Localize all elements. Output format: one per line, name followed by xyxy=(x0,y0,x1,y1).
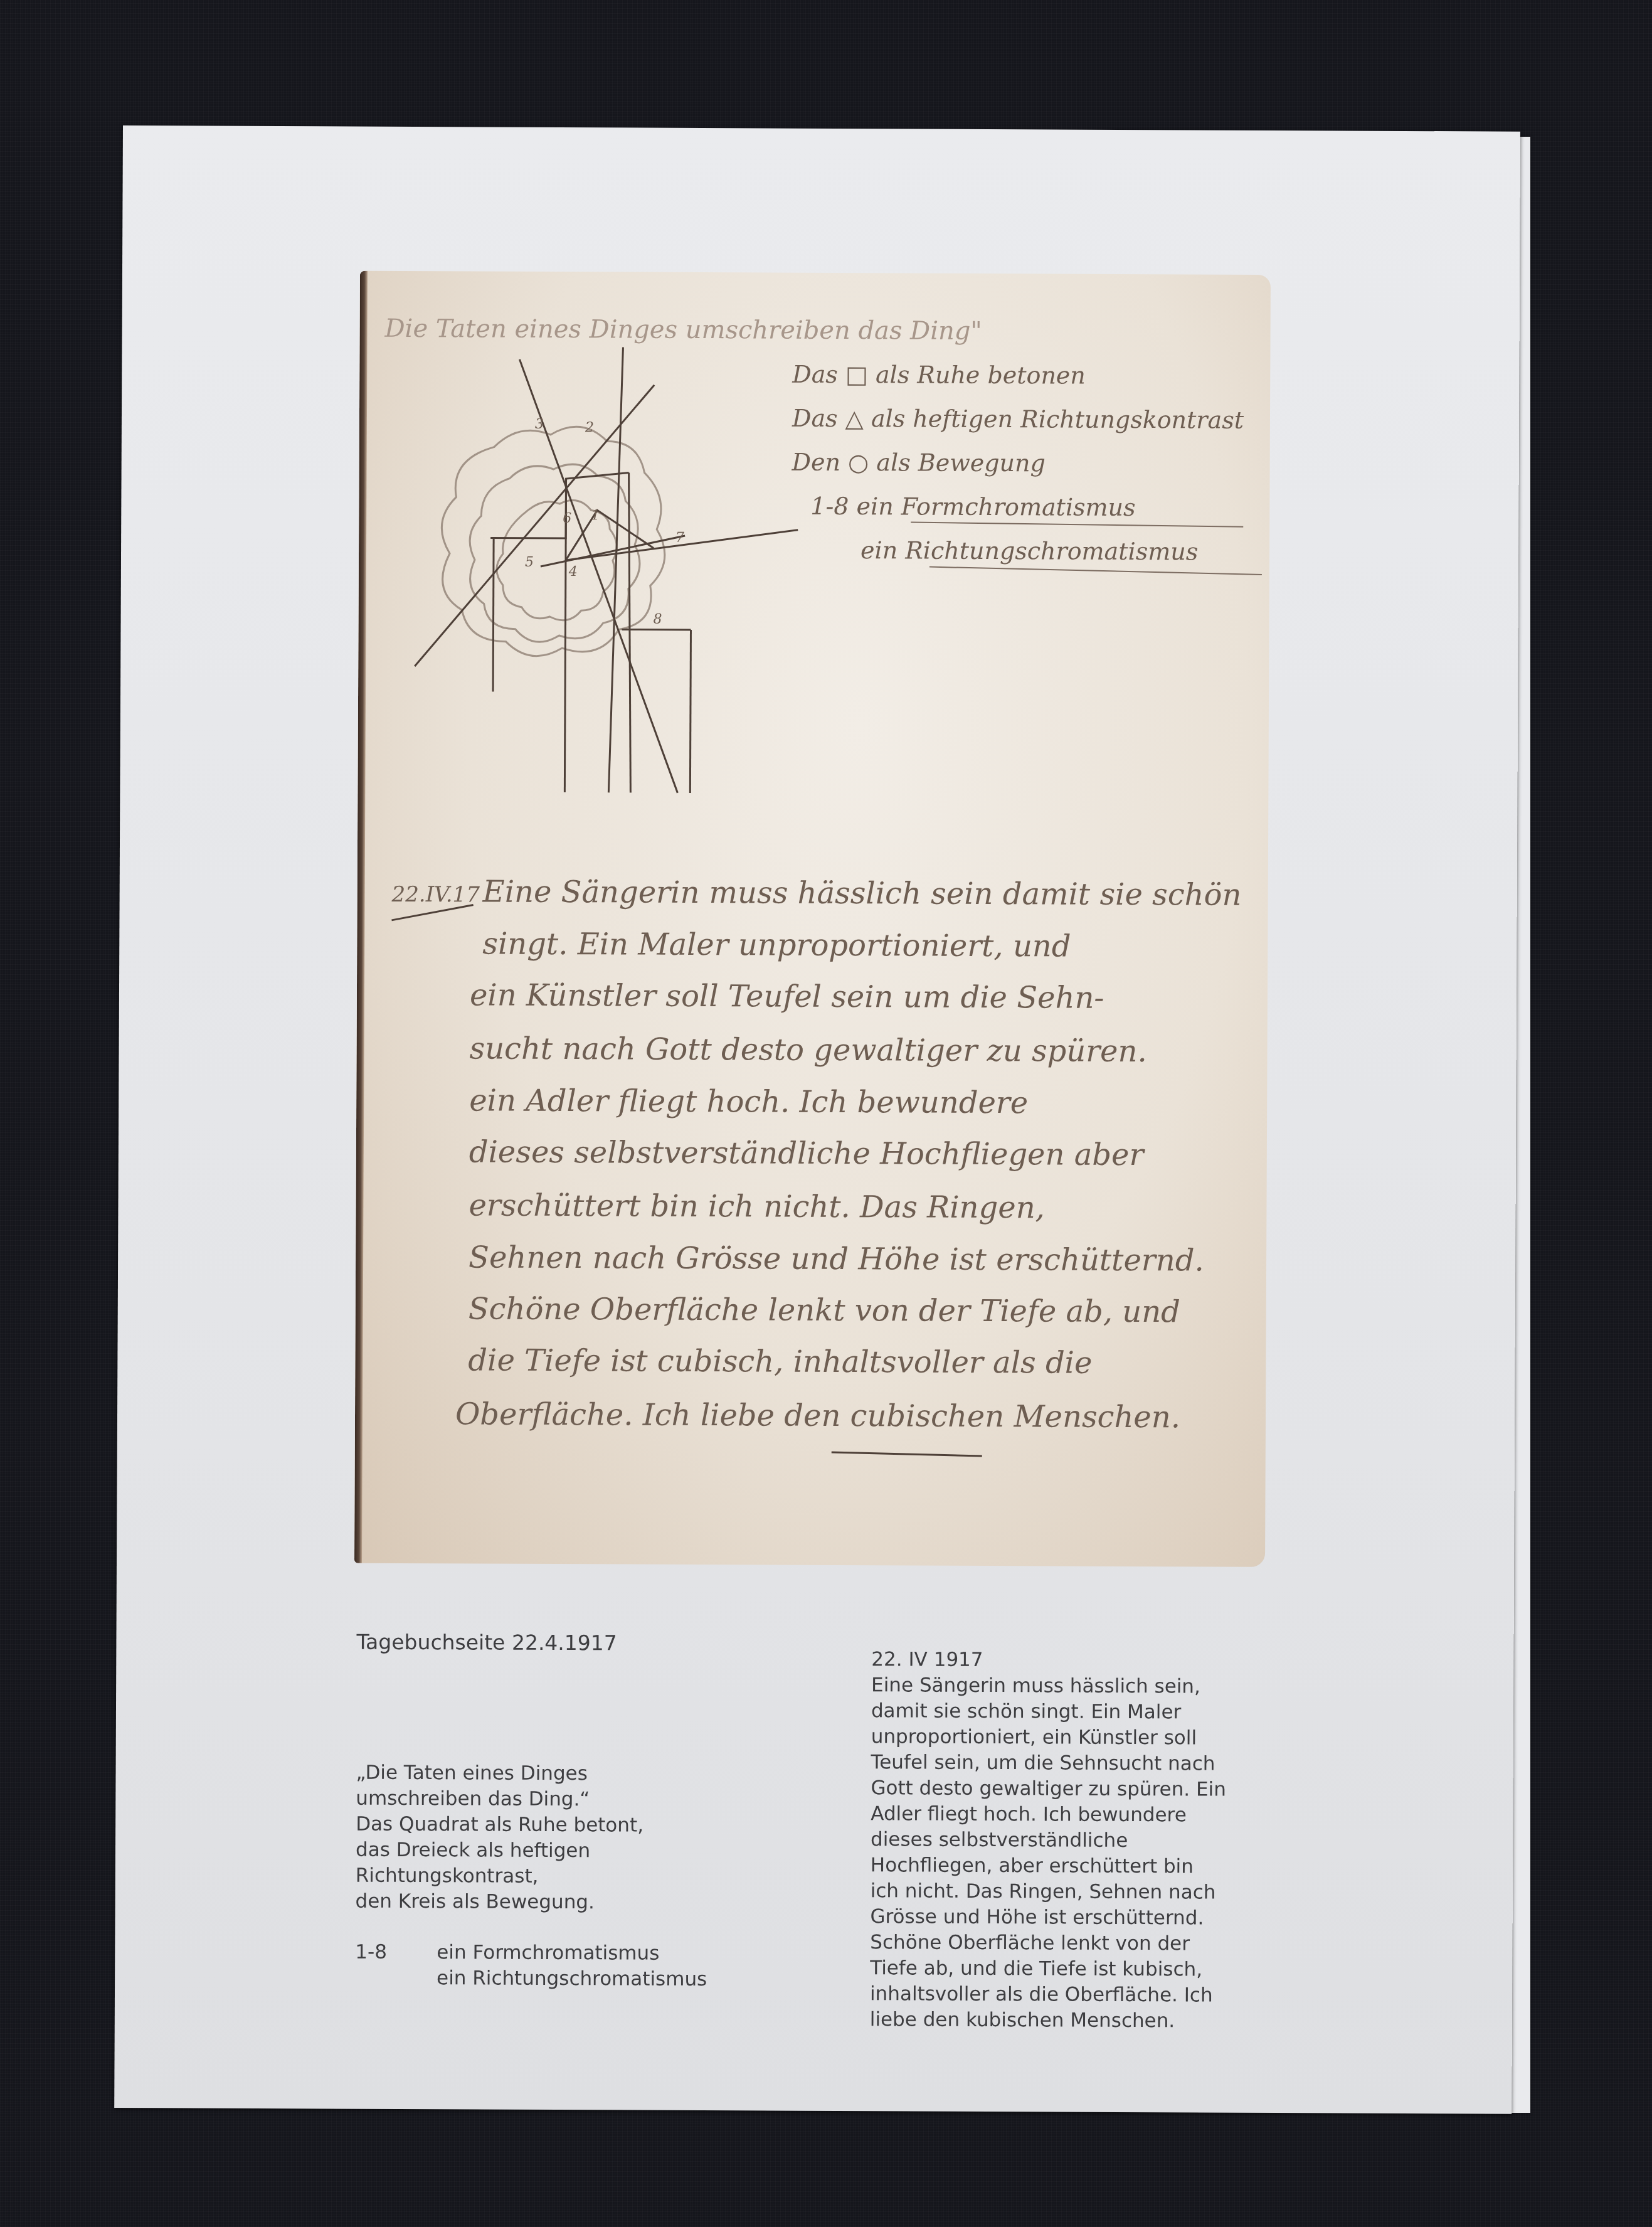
transcription-line: ich nicht. Das Ringen, Sehnen nach xyxy=(871,1878,1297,1906)
transcription-line: inhaltsvoller als die Oberfläche. Ich xyxy=(870,1981,1296,2009)
svg-text:ein Adler fliegt hoch. Ich bew: ein Adler fliegt hoch. Ich bewundere xyxy=(469,1083,1028,1120)
transcription-line: Schöne Oberfläche lenkt von der xyxy=(870,1930,1296,1957)
svg-text:6: 6 xyxy=(563,511,571,526)
svg-text:Die Taten eines Dinges umschre: Die Taten eines Dinges umschreiben das D… xyxy=(384,314,982,346)
transcription-line: dieses selbstverständliche xyxy=(871,1827,1297,1854)
quote-line: Richtungskontrast, xyxy=(356,1863,795,1891)
quote-line: umschreiben das Ding.“ xyxy=(356,1786,795,1814)
svg-text:Sehnen nach Grösse und Höhe is: Sehnen nach Grösse und Höhe ist erschütt… xyxy=(469,1240,1204,1278)
quote-line: „Die Taten eines Dinges xyxy=(356,1760,795,1788)
svg-text:1-8 ein Formchromatismus: 1-8 ein Formchromatismus xyxy=(810,492,1135,521)
svg-text:Das △ als heftigen Richtungsko: Das △ als heftigen Richtungskontrast xyxy=(792,405,1244,434)
sketch-drawing: 32 61 75 48 Die Taten eines Dinges umsch… xyxy=(354,271,1271,1567)
svg-text:8: 8 xyxy=(654,612,662,627)
quote-line: den Kreis als Bewegung. xyxy=(356,1889,795,1916)
svg-text:2: 2 xyxy=(585,420,594,435)
transcription-line: Eine Sängerin muss hässlich sein, xyxy=(871,1672,1298,1700)
transcription-line: Hochfliegen, aber erschüttert bin xyxy=(871,1852,1297,1880)
svg-text:5: 5 xyxy=(525,555,534,570)
svg-text:ein Künstler soll Teufel sein: ein Künstler soll Teufel sein um die Seh… xyxy=(470,977,1104,1015)
svg-text:7: 7 xyxy=(675,530,684,546)
svg-text:1: 1 xyxy=(591,508,600,523)
legend-line: ein Formchromatismus xyxy=(437,1940,707,1967)
transcription-line: Grösse und Höhe ist erschütternd. xyxy=(870,1904,1296,1932)
transcription-date: 22. IV 1917 xyxy=(871,1647,1298,1674)
caption-left: Tagebuchseite 22.4.1917 „Die Taten eines… xyxy=(355,1629,796,1993)
sketch-legend: 1-8 ein Formchromatismus ein Richtungsch… xyxy=(355,1940,794,1993)
svg-text:ein Richtungschromatismus: ein Richtungschromatismus xyxy=(860,536,1198,565)
transcription-line: unproportioniert, ein Künstler soll xyxy=(871,1724,1298,1751)
transcription-line: Gott desto gewaltiger zu spüren. Ein xyxy=(871,1775,1297,1803)
svg-text:Das □ als Ruhe betonen: Das □ als Ruhe betonen xyxy=(792,361,1086,390)
transcription-line: liebe den kubischen Menschen. xyxy=(870,2007,1296,2034)
transcription-line: Tiefe ab, und die Tiefe ist kubisch, xyxy=(870,1955,1296,1983)
svg-text:erschüttert bin ich nicht. Das: erschüttert bin ich nicht. Das Ringen, xyxy=(469,1188,1045,1225)
svg-text:Eine Sängerin muss hässlich se: Eine Sängerin muss hässlich sein damit s… xyxy=(482,874,1242,913)
svg-text:Schöne Oberfläche lenkt von de: Schöne Oberfläche lenkt von der Tiefe ab… xyxy=(469,1291,1180,1329)
svg-text:sucht nach Gott desto gewaltig: sucht nach Gott desto gewaltiger zu spür… xyxy=(469,1031,1146,1069)
transcription-line: Teufel sein, um die Sehnsucht nach xyxy=(871,1750,1298,1777)
transcription-line: damit sie schön singt. Ein Maler xyxy=(871,1698,1298,1726)
caption-title: Tagebuchseite 22.4.1917 xyxy=(356,1629,795,1657)
svg-text:4: 4 xyxy=(568,564,578,580)
quote-line: das Dreieck als heftigen xyxy=(356,1837,795,1865)
caption-right-transcription: 22. IV 1917 Eine Sängerin muss hässlich … xyxy=(870,1647,1298,2034)
quote-line: Das Quadrat als Ruhe betont, xyxy=(356,1812,795,1839)
svg-text:22.IV.17: 22.IV.17 xyxy=(391,882,480,908)
svg-text:3: 3 xyxy=(535,417,544,432)
svg-text:dieses selbstverständliche Hoc: dieses selbstverständliche Hochfliegen a… xyxy=(469,1134,1146,1172)
svg-text:singt. Ein Maler unproportioni: singt. Ein Maler unproportioniert, und xyxy=(482,927,1071,964)
svg-text:die Tiefe ist cubisch, inhalts: die Tiefe ist cubisch, inhaltsvoller als… xyxy=(468,1342,1092,1380)
legend-line: ein Richtungschromatismus xyxy=(437,1965,707,1992)
transcription-line: Adler fliegt hoch. Ich bewundere xyxy=(871,1801,1297,1829)
svg-text:Den ○ als Bewegung: Den ○ als Bewegung xyxy=(792,449,1046,477)
printed-page: 32 61 75 48 Die Taten eines Dinges umsch… xyxy=(114,125,1520,2114)
diary-page-scan: 32 61 75 48 Die Taten eines Dinges umsch… xyxy=(354,271,1271,1567)
legend-number: 1-8 xyxy=(355,1940,437,1992)
svg-text:Oberfläche. Ich liebe den cubi: Oberfläche. Ich liebe den cubischen Mens… xyxy=(455,1396,1180,1435)
